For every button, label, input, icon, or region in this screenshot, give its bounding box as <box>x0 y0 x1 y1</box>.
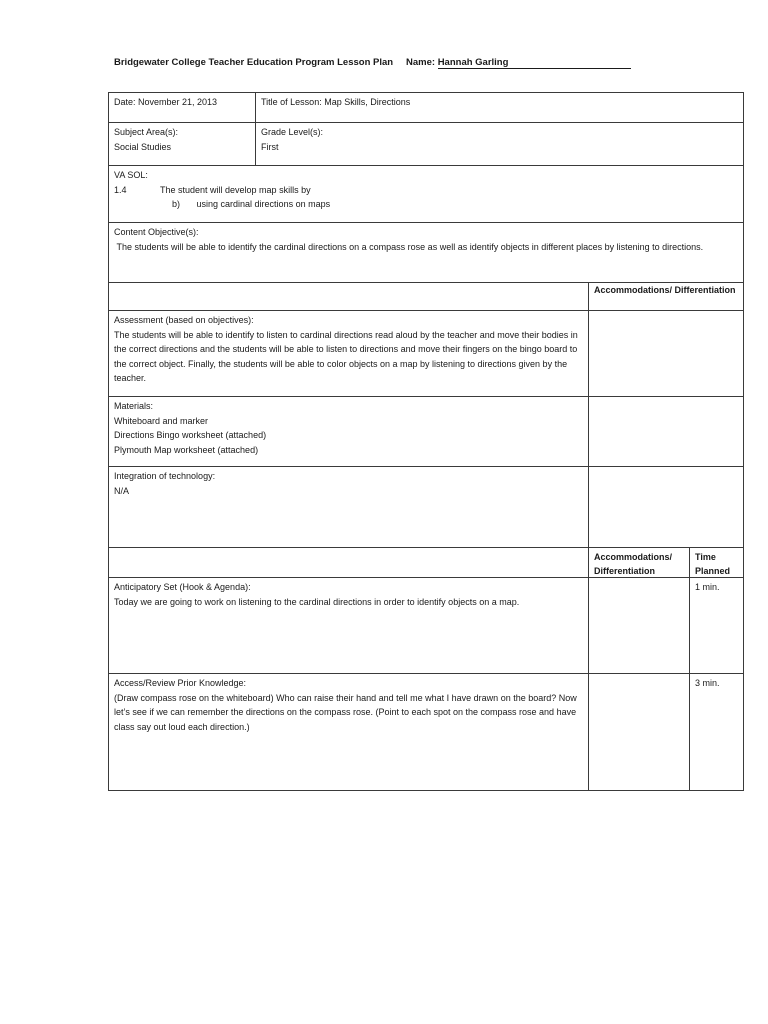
anticipatory-set-label: Anticipatory Set (Hook & Agenda): <box>114 580 583 595</box>
subject-area-value: Social Studies <box>114 140 250 155</box>
section1-accommodations-header: Accommodations/ Differentiation <box>588 282 744 311</box>
accommodations-header-text: Accommodations/ Differentiation <box>594 550 684 578</box>
section1-header-blank <box>108 282 589 311</box>
materials-label: Materials: <box>114 399 583 414</box>
prior-knowledge-label: Access/Review Prior Knowledge: <box>114 676 583 691</box>
assessment-text: The students will be able to identify to… <box>114 328 583 386</box>
va-sol-cell: VA SOL: 1.4 The student will develop map… <box>108 165 744 223</box>
va-sol-number: 1.4 <box>114 183 160 198</box>
va-sol-sub-text: using cardinal directions on maps <box>197 199 331 209</box>
assessment-cell: Assessment (based on objectives): The st… <box>108 310 589 397</box>
prior-knowledge-accommodations-cell <box>588 673 690 791</box>
anticipatory-set-time: 1 min. <box>695 580 738 595</box>
materials-cell: Materials: Whiteboard and marker Directi… <box>108 396 589 467</box>
name-field: Name: Hannah Garling <box>406 57 631 69</box>
subject-area-cell: Subject Area(s): Social Studies <box>108 122 256 166</box>
materials-item: Directions Bingo worksheet (attached) <box>114 428 583 443</box>
content-objective-text: The students will be able to identify th… <box>114 240 738 255</box>
anticipatory-set-accommodations-cell <box>588 577 690 674</box>
name-label: Name: <box>406 57 435 68</box>
technology-cell: Integration of technology: N/A <box>108 466 589 548</box>
anticipatory-set-text: Today we are going to work on listening … <box>114 595 583 610</box>
time-planned-header-text: Time Planned <box>695 550 738 578</box>
va-sol-label: VA SOL: <box>114 168 738 183</box>
grade-level-label: Grade Level(s): <box>261 125 738 140</box>
subject-area-label: Subject Area(s): <box>114 125 250 140</box>
prior-knowledge-text: (Draw compass rose on the whiteboard) Wh… <box>114 691 583 735</box>
content-objective-cell: Content Objective(s): The students will … <box>108 222 744 283</box>
accommodations-header-text: Accommodations/ Differentiation <box>594 284 738 298</box>
grade-level-value: First <box>261 140 738 155</box>
lesson-plan-table: Date: November 21, 2013 Title of Lesson:… <box>108 92 744 791</box>
anticipatory-set-time-cell: 1 min. <box>689 577 744 674</box>
grade-level-cell: Grade Level(s): First <box>255 122 744 166</box>
va-sol-sub-label: b) <box>172 197 194 212</box>
name-value: Hannah Garling <box>438 57 631 69</box>
va-sol-statement: The student will develop map skills by <box>160 183 311 198</box>
section2-accommodations-header: Accommodations/ Differentiation <box>588 547 690 578</box>
materials-accommodations-cell <box>588 396 744 467</box>
date-cell: Date: November 21, 2013 <box>108 92 256 123</box>
materials-item: Plymouth Map worksheet (attached) <box>114 443 583 458</box>
date-text: Date: November 21, 2013 <box>114 95 250 110</box>
prior-knowledge-time: 3 min. <box>695 676 738 691</box>
assessment-accommodations-cell <box>588 310 744 397</box>
technology-accommodations-cell <box>588 466 744 548</box>
anticipatory-set-cell: Anticipatory Set (Hook & Agenda): Today … <box>108 577 589 674</box>
lesson-title-cell: Title of Lesson: Map Skills, Directions <box>255 92 744 123</box>
document-header-title: Bridgewater College Teacher Education Pr… <box>114 57 393 68</box>
section2-header-blank <box>108 547 589 578</box>
materials-item: Whiteboard and marker <box>114 414 583 429</box>
technology-text: N/A <box>114 484 583 499</box>
section2-time-header: Time Planned <box>689 547 744 578</box>
lesson-title-text: Title of Lesson: Map Skills, Directions <box>261 95 738 110</box>
technology-label: Integration of technology: <box>114 469 583 484</box>
prior-knowledge-time-cell: 3 min. <box>689 673 744 791</box>
prior-knowledge-cell: Access/Review Prior Knowledge: (Draw com… <box>108 673 589 791</box>
content-objective-label: Content Objective(s): <box>114 225 738 240</box>
assessment-label: Assessment (based on objectives): <box>114 313 583 328</box>
